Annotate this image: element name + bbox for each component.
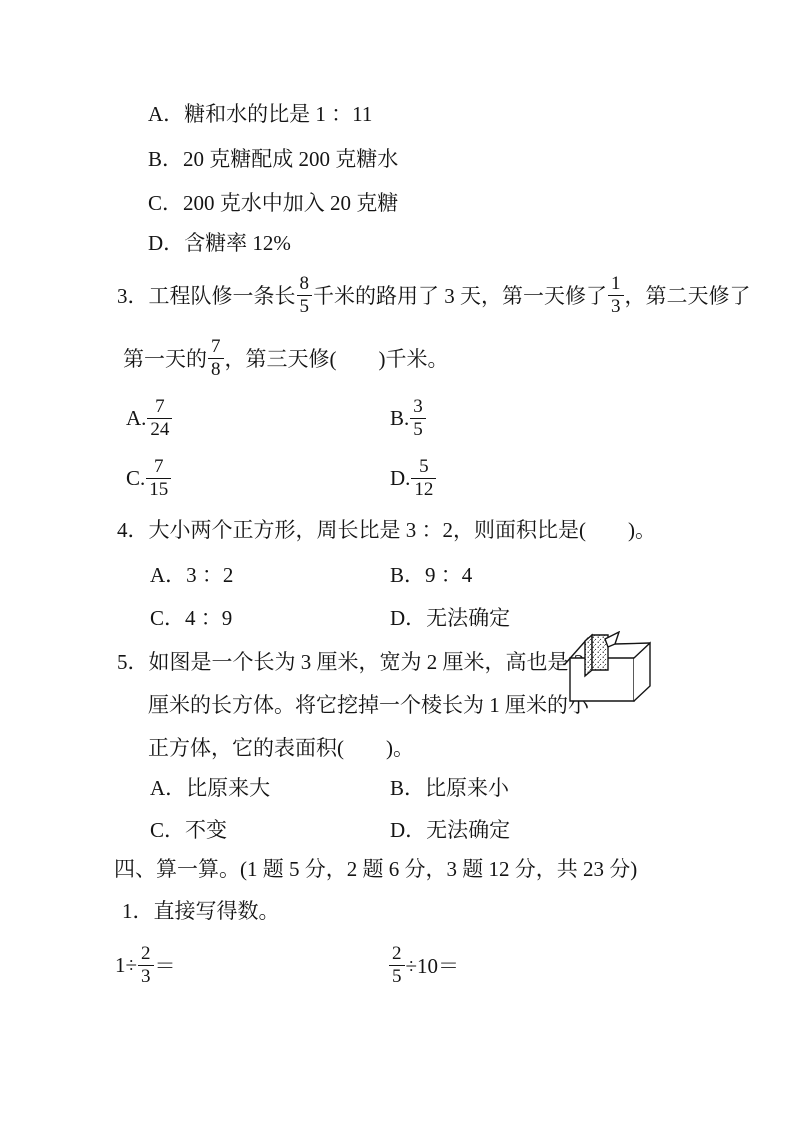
option-d: D．无法确定: [390, 605, 510, 631]
question-5-line-1: 5．如图是一个长为 3 厘米，宽为 2 厘米，高也是 2: [117, 649, 584, 675]
option-b: B．比原来小: [390, 775, 509, 801]
question-5-line-3: 正方体，它的表面积( )。: [148, 735, 414, 761]
question-text: ，第三天修( )千米。: [225, 343, 449, 373]
option-d: D．无法确定: [390, 817, 510, 843]
fraction: 23: [138, 943, 154, 987]
option-label: A.: [126, 406, 146, 431]
fraction: 25: [389, 943, 405, 987]
fraction-denominator: 8: [208, 358, 224, 380]
option-a: A．比原来大: [150, 775, 270, 801]
fraction-numerator: 7: [151, 456, 167, 477]
option-b: B．9 ：4: [390, 562, 472, 588]
question-text: 第一天的: [123, 343, 207, 373]
option-label: D．: [148, 231, 184, 255]
option-row-d: D．含糖率 12%: [148, 230, 291, 256]
fraction-numerator: 7: [208, 336, 224, 357]
option-row-a: A.724: [126, 390, 173, 446]
fraction-denominator: 5: [389, 965, 405, 987]
fraction: 78: [208, 336, 224, 380]
option-label: C．: [148, 191, 183, 215]
question-number: 3．: [117, 280, 149, 310]
cuboid-figure: [562, 631, 728, 746]
fraction: 35: [410, 396, 426, 440]
option-label: A．: [148, 102, 184, 126]
fraction-numerator: 3: [410, 396, 426, 417]
option-row-c: C.715: [126, 450, 172, 506]
fraction-numerator: 2: [138, 943, 154, 964]
fraction-numerator: 7: [152, 396, 168, 417]
option-row-b: B．20 克糖配成 200 克糖水: [148, 146, 398, 172]
option-text: 糖和水的比是 1 ：11: [184, 102, 372, 126]
option-row-c: C．200 克水中加入 20 克糖: [148, 190, 398, 216]
calc-text: 1÷: [115, 953, 137, 978]
fraction: 85: [297, 273, 313, 317]
fraction-denominator: 15: [146, 478, 171, 500]
fraction-numerator: 2: [389, 943, 405, 964]
calc-expression-1: 1÷23＝: [115, 937, 176, 993]
fraction: 724: [147, 396, 172, 440]
option-label: B.: [390, 406, 409, 431]
option-label: B．: [148, 147, 183, 171]
question-3-line-2: 第一天的78，第三天修( )千米。: [123, 330, 449, 386]
option-c: C．不变: [150, 817, 227, 843]
section-header: 四、算一算。(1 题 5 分，2 题 6 分，3 题 12 分，共 23 分): [114, 856, 637, 882]
fraction-denominator: 3: [608, 295, 624, 317]
calc-text: ÷10＝: [406, 950, 460, 980]
option-row-b: B.35: [390, 390, 427, 446]
option-row-a: A．糖和水的比是 1 ：11: [148, 101, 372, 127]
calc-expression-2: 25÷10＝: [388, 937, 459, 993]
question-3-line-1: 3．工程队修一条长85千米的路用了 3 天，第一天修了13，第二天修了: [117, 267, 751, 323]
fraction: 715: [146, 456, 171, 500]
question-text: 千米的路用了 3 天，第一天修了: [313, 280, 607, 310]
option-c: C．4 ：9: [150, 605, 232, 631]
option-row-d: D.512: [390, 450, 437, 506]
fraction-denominator: 12: [411, 478, 436, 500]
option-text: 200 克水中加入 20 克糖: [183, 191, 398, 215]
fraction-denominator: 3: [138, 965, 154, 987]
question-5-line-2: 厘米的长方体。将它挖掉一个棱长为 1 厘米的小: [148, 692, 589, 718]
question-text: ，第二天修了: [625, 280, 751, 310]
subitem-1: 1．直接写得数。: [122, 898, 280, 924]
fraction-denominator: 5: [410, 418, 426, 440]
fraction-denominator: 5: [297, 295, 313, 317]
option-text: 含糖率 12%: [184, 231, 291, 255]
fraction-denominator: 24: [147, 418, 172, 440]
fraction-numerator: 1: [608, 273, 624, 294]
fraction-numerator: 5: [416, 456, 432, 477]
option-label: D.: [390, 466, 410, 491]
option-text: 20 克糖配成 200 克糖水: [183, 147, 398, 171]
question-text: 工程队修一条长: [149, 280, 296, 310]
option-label: C.: [126, 466, 145, 491]
fraction: 13: [608, 273, 624, 317]
calc-text: ＝: [155, 950, 176, 980]
fraction: 512: [411, 456, 436, 500]
option-a: A．3 ：2: [150, 562, 233, 588]
question-4: 4．大小两个正方形，周长比是 3 ：2，则面积比是( )。: [117, 517, 656, 543]
fraction-numerator: 8: [297, 273, 313, 294]
worksheet-page: A．糖和水的比是 1 ：11 B．20 克糖配成 200 克糖水 C．200 克…: [0, 0, 793, 1122]
